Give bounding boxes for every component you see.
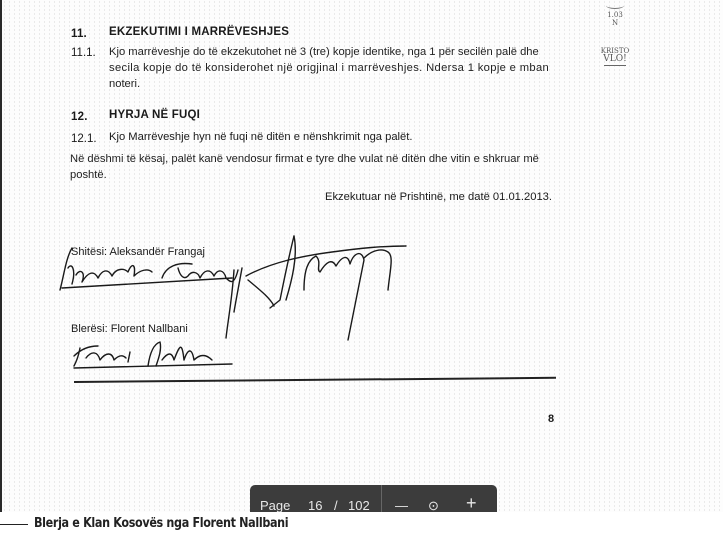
plus-icon[interactable]: +	[466, 493, 477, 512]
current-page-input[interactable]: 16	[308, 498, 322, 512]
minus-icon[interactable]: —	[395, 498, 408, 512]
total-pages: 102	[348, 498, 370, 512]
page-label: Page	[260, 498, 290, 512]
image-caption: Blerja e Klan Kosovës nga Florent Nallba…	[34, 516, 288, 531]
caption-rule	[0, 524, 28, 525]
pdf-viewer-toolbar: Page 16 / 102 — ⊙ +	[250, 485, 497, 512]
handwritten-signatures	[2, 0, 723, 420]
page-number: 8	[548, 413, 554, 425]
page-separator: /	[334, 498, 338, 512]
document-viewer: 1.03 N KRISTO VLO! 11. EKZEKUTIMI I MARR…	[0, 0, 723, 512]
magnifier-icon[interactable]: ⊙	[428, 498, 439, 512]
toolbar-divider	[381, 485, 382, 512]
document-page: 1.03 N KRISTO VLO! 11. EKZEKUTIMI I MARR…	[2, 0, 723, 512]
image-caption-area: Blerja e Klan Kosovës nga Florent Nallba…	[0, 512, 723, 545]
